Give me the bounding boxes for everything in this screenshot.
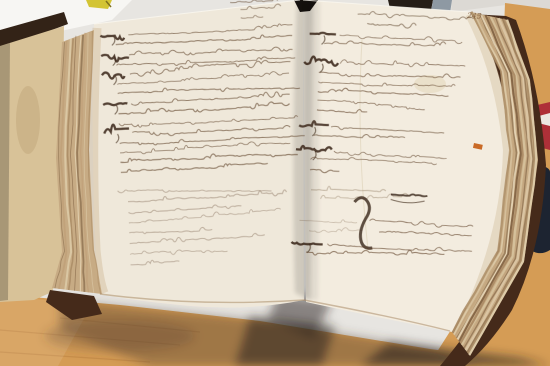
manuscript-photo: 245 — [0, 0, 550, 366]
shadow-left-blob — [45, 320, 195, 352]
left-board-parchment — [0, 26, 66, 302]
left-page — [93, 0, 304, 308]
page-stain — [414, 75, 446, 93]
board-stain — [16, 86, 40, 154]
folio-number: 245 — [466, 11, 482, 21]
photo-scene: 245 — [0, 0, 550, 366]
